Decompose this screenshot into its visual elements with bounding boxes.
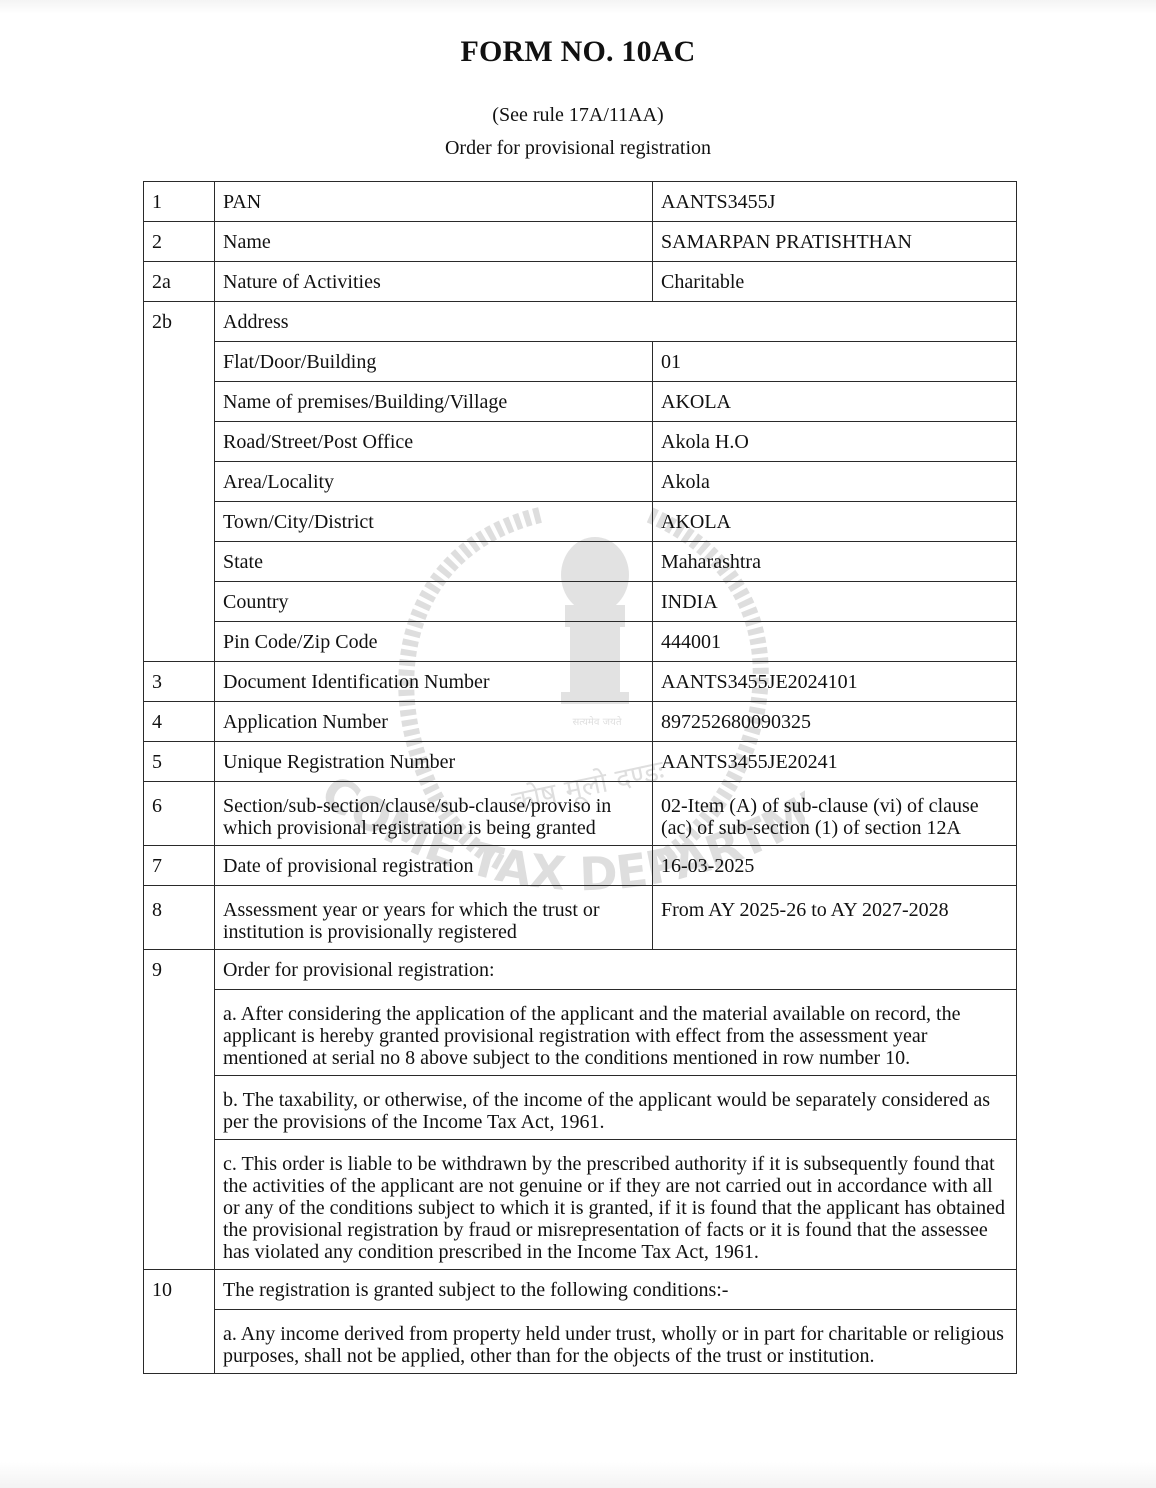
table-row-address: 2b Address: [144, 302, 1017, 342]
address-field-value: Akola: [653, 462, 1017, 502]
row-number: 9: [144, 950, 215, 990]
table-row-section: 6 Section/sub-section/clause/sub-clause/…: [144, 782, 1017, 846]
order-paragraph: b. The taxability, or otherwise, of the …: [215, 1076, 1017, 1140]
table-row-order: 9 Order for provisional registration:: [144, 950, 1017, 990]
order-paragraph: a. After considering the application of …: [215, 990, 1017, 1076]
row-label: Assessment year or years for which the t…: [215, 886, 653, 950]
pan-value: AANTS3455J: [653, 182, 1017, 222]
row-label: Document Identification Number: [215, 662, 653, 702]
row-label: Section/sub-section/clause/sub-clause/pr…: [215, 782, 653, 846]
assessment-year-value: From AY 2025-26 to AY 2027-2028: [653, 886, 1017, 950]
order-paragraph: c. This order is liable to be withdrawn …: [215, 1140, 1017, 1270]
row-label: Unique Registration Number: [215, 742, 653, 782]
row-label: Nature of Activities: [215, 262, 653, 302]
row-number: 2a: [144, 262, 215, 302]
registration-details-table: 1 PAN AANTS3455J 2 Name SAMARPAN PRATISH…: [143, 181, 1017, 1374]
nature-value: Charitable: [653, 262, 1017, 302]
row-number: 3: [144, 662, 215, 702]
address-field-label: State: [215, 542, 653, 582]
row-label: PAN: [215, 182, 653, 222]
table-row-assessment-year: 8 Assessment year or years for which the…: [144, 886, 1017, 950]
din-value: AANTS3455JE2024101: [653, 662, 1017, 702]
address-field-label: Flat/Door/Building: [215, 342, 653, 382]
table-row-order-paragraph: b. The taxability, or otherwise, of the …: [144, 1076, 1017, 1140]
row-number: 8: [144, 886, 215, 950]
table-row-address-field: State Maharashtra: [144, 542, 1017, 582]
rule-reference: (See rule 17A/11AA): [0, 102, 1156, 128]
row-number: 2b: [144, 302, 215, 342]
form-title: FORM NO. 10AC: [0, 32, 1156, 72]
address-field-value: AKOLA: [653, 502, 1017, 542]
table-row-address-field: Area/Locality Akola: [144, 462, 1017, 502]
row-label: The registration is granted subject to t…: [215, 1270, 1017, 1310]
table-row-pan: 1 PAN AANTS3455J: [144, 182, 1017, 222]
table-row-unique-registration-number: 5 Unique Registration Number AANTS3455JE…: [144, 742, 1017, 782]
address-field-value: Akola H.O: [653, 422, 1017, 462]
date-value: 16-03-2025: [653, 846, 1017, 886]
row-number: 5: [144, 742, 215, 782]
table-row-order-paragraph: c. This order is liable to be withdrawn …: [144, 1140, 1017, 1270]
table-row-document-identification-number: 3 Document Identification Number AANTS34…: [144, 662, 1017, 702]
address-field-value: Maharashtra: [653, 542, 1017, 582]
table-row-order-paragraph: a. After considering the application of …: [144, 990, 1017, 1076]
table-row-address-field: Town/City/District AKOLA: [144, 502, 1017, 542]
section-value: 02-Item (A) of sub-clause (vi) of clause…: [653, 782, 1017, 846]
table-row-address-field: Country INDIA: [144, 582, 1017, 622]
address-field-label: Town/City/District: [215, 502, 653, 542]
form-subtitle: Order for provisional registration: [0, 135, 1156, 161]
name-value: SAMARPAN PRATISHTHAN: [653, 222, 1017, 262]
table-row-application-number: 4 Application Number 897252680090325: [144, 702, 1017, 742]
row-label: Address: [215, 302, 1017, 342]
row-number: 10: [144, 1270, 215, 1310]
address-field-label: Country: [215, 582, 653, 622]
row-label: Order for provisional registration:: [215, 950, 1017, 990]
form-10ac-page: FORM NO. 10AC (See rule 17A/11AA) Order …: [0, 0, 1156, 1488]
row-label: Name: [215, 222, 653, 262]
address-field-label: Pin Code/Zip Code: [215, 622, 653, 662]
row-number: 6: [144, 782, 215, 846]
table-row-conditions: 10 The registration is granted subject t…: [144, 1270, 1017, 1310]
address-field-label: Name of premises/Building/Village: [215, 382, 653, 422]
address-field-label: Area/Locality: [215, 462, 653, 502]
address-field-value: 444001: [653, 622, 1017, 662]
table-row-condition-paragraph: a. Any income derived from property held…: [144, 1310, 1017, 1374]
application-number-value: 897252680090325: [653, 702, 1017, 742]
table-row-address-field: Pin Code/Zip Code 444001: [144, 622, 1017, 662]
row-label: Application Number: [215, 702, 653, 742]
address-field-label: Road/Street/Post Office: [215, 422, 653, 462]
row-number: 1: [144, 182, 215, 222]
condition-paragraph: a. Any income derived from property held…: [215, 1310, 1017, 1374]
address-field-value: 01: [653, 342, 1017, 382]
table-row-date-of-registration: 7 Date of provisional registration 16-03…: [144, 846, 1017, 886]
address-field-value: AKOLA: [653, 382, 1017, 422]
table-row-name: 2 Name SAMARPAN PRATISHTHAN: [144, 222, 1017, 262]
table-row-nature-of-activities: 2a Nature of Activities Charitable: [144, 262, 1017, 302]
row-number: 7: [144, 846, 215, 886]
table-row-address-field: Flat/Door/Building 01: [144, 342, 1017, 382]
row-label: Date of provisional registration: [215, 846, 653, 886]
table-row-address-field: Name of premises/Building/Village AKOLA: [144, 382, 1017, 422]
address-field-value: INDIA: [653, 582, 1017, 622]
table-row-address-field: Road/Street/Post Office Akola H.O: [144, 422, 1017, 462]
row-number: 4: [144, 702, 215, 742]
row-number: 2: [144, 222, 215, 262]
urn-value: AANTS3455JE20241: [653, 742, 1017, 782]
